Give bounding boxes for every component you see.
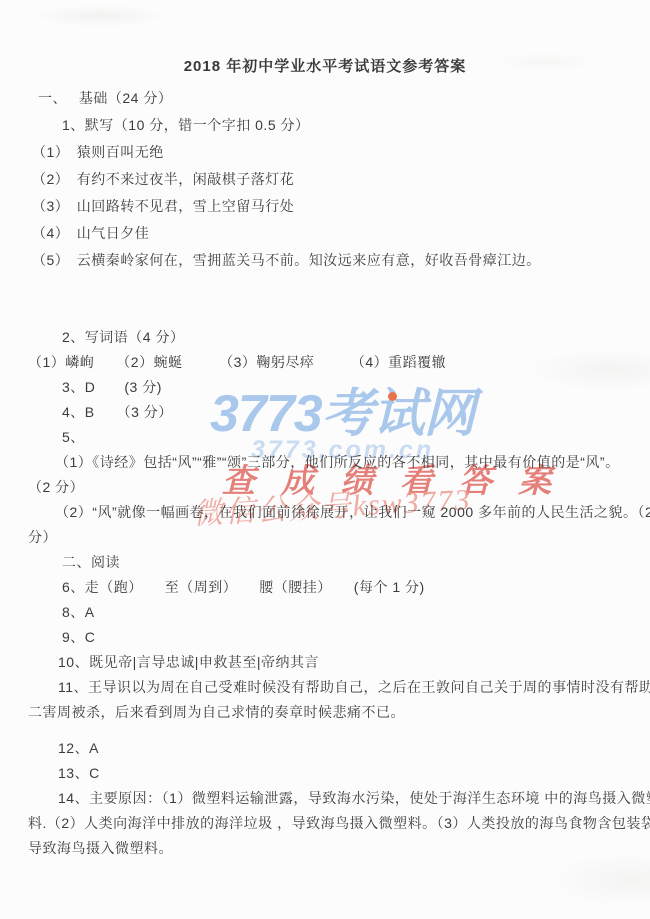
answer-line-q1: 1、默写（10 分，错一个字扣 0.5 分） xyxy=(28,115,622,135)
answer-line-q5-1-score: （2 分） xyxy=(28,477,622,497)
answer-line-q5: 5、 xyxy=(28,427,622,447)
document-title: 2018 年初中学业水平考试语文参考答案 xyxy=(28,56,622,78)
answer-line-q1-5: （5） 云横秦岭家何在，雪拥蓝关马不前。知汝远来应有意，好收吾骨瘴江边。 xyxy=(28,250,622,270)
answer-line-q6: 6、走（跑） 至（周到） 腰（腰挂） (每个 1 分) xyxy=(28,577,622,597)
answer-line-q11-cont: 二害周被杀，后来看到周为自己求情的奏章时候悲痛不已。 xyxy=(28,702,622,722)
answer-line-q5-2-cont: 分） xyxy=(28,527,622,547)
answer-line-q5-1: （1）《诗经》包括“风”“雅”“颂”三部分，他们所反应的各不相同，其中最有价值的… xyxy=(28,452,622,472)
answer-line-q9: 9、C xyxy=(28,627,622,647)
answer-line-q8: 8、A xyxy=(28,602,622,622)
answer-line-q13: 13、C xyxy=(28,763,622,783)
answer-line-q5-2: （2）“风”就像一幅画卷，在我们面前徐徐展开，让我们一窥 2000 多年前的人民… xyxy=(28,502,622,522)
section-heading-reading: 二、阅读 xyxy=(28,552,622,572)
answer-line-q3: 3、D (3 分) xyxy=(28,377,622,397)
scanned-answer-page: 3773考试网 3773.com.cn 查 成 绩 看 答 案 微信公众号ksw… xyxy=(0,0,650,919)
answer-line-q2: 2、写词语（4 分） xyxy=(28,327,622,347)
answer-line-q14-cont1: 料.（2）人类向海洋中排放的海洋垃圾 ，导致海鸟摄入微塑料。（3）人类投放的海鸟… xyxy=(28,813,622,833)
answer-line-q4: 4、B （3 分） xyxy=(28,402,622,422)
answer-line-q1-3: （3） 山回路转不见君，雪上空留马行处 xyxy=(28,196,622,216)
answer-line-q2-words: （1）嶙峋 （2）蜿蜒 （3）鞠躬尽瘁 （4）重蹈覆辙 xyxy=(28,352,622,372)
answer-line-q1-2: （2） 有约不来过夜半，闲敲棋子落灯花 xyxy=(28,169,622,189)
answer-line-q11: 11、王导识以为周在自己受难时候没有帮助自己，之后在王敦问自己关于周的事情时没有… xyxy=(28,677,622,697)
answer-line-q1-1: （1） 猿则百叫无绝 xyxy=(28,142,622,162)
answer-line-q1-4: （4） 山气日夕佳 xyxy=(28,223,622,243)
answer-line-q14: 14、主要原因：（1）微塑料运输泄露，导致海水污染，使处于海洋生态环境 中的海鸟… xyxy=(28,788,622,808)
answer-line-q12: 12、A xyxy=(28,738,622,758)
answer-line-q10: 10、既见帝|言导忠诚|申救甚至|帝纳其言 xyxy=(28,652,622,672)
answer-sheet: 2018 年初中学业水平考试语文参考答案 一、 基础（24 分） 1、默写（10… xyxy=(0,56,650,858)
section-heading-basics: 一、 基础（24 分） xyxy=(28,88,622,108)
answer-line-q14-cont2: 导致海鸟摄入微塑料。 xyxy=(28,838,622,858)
